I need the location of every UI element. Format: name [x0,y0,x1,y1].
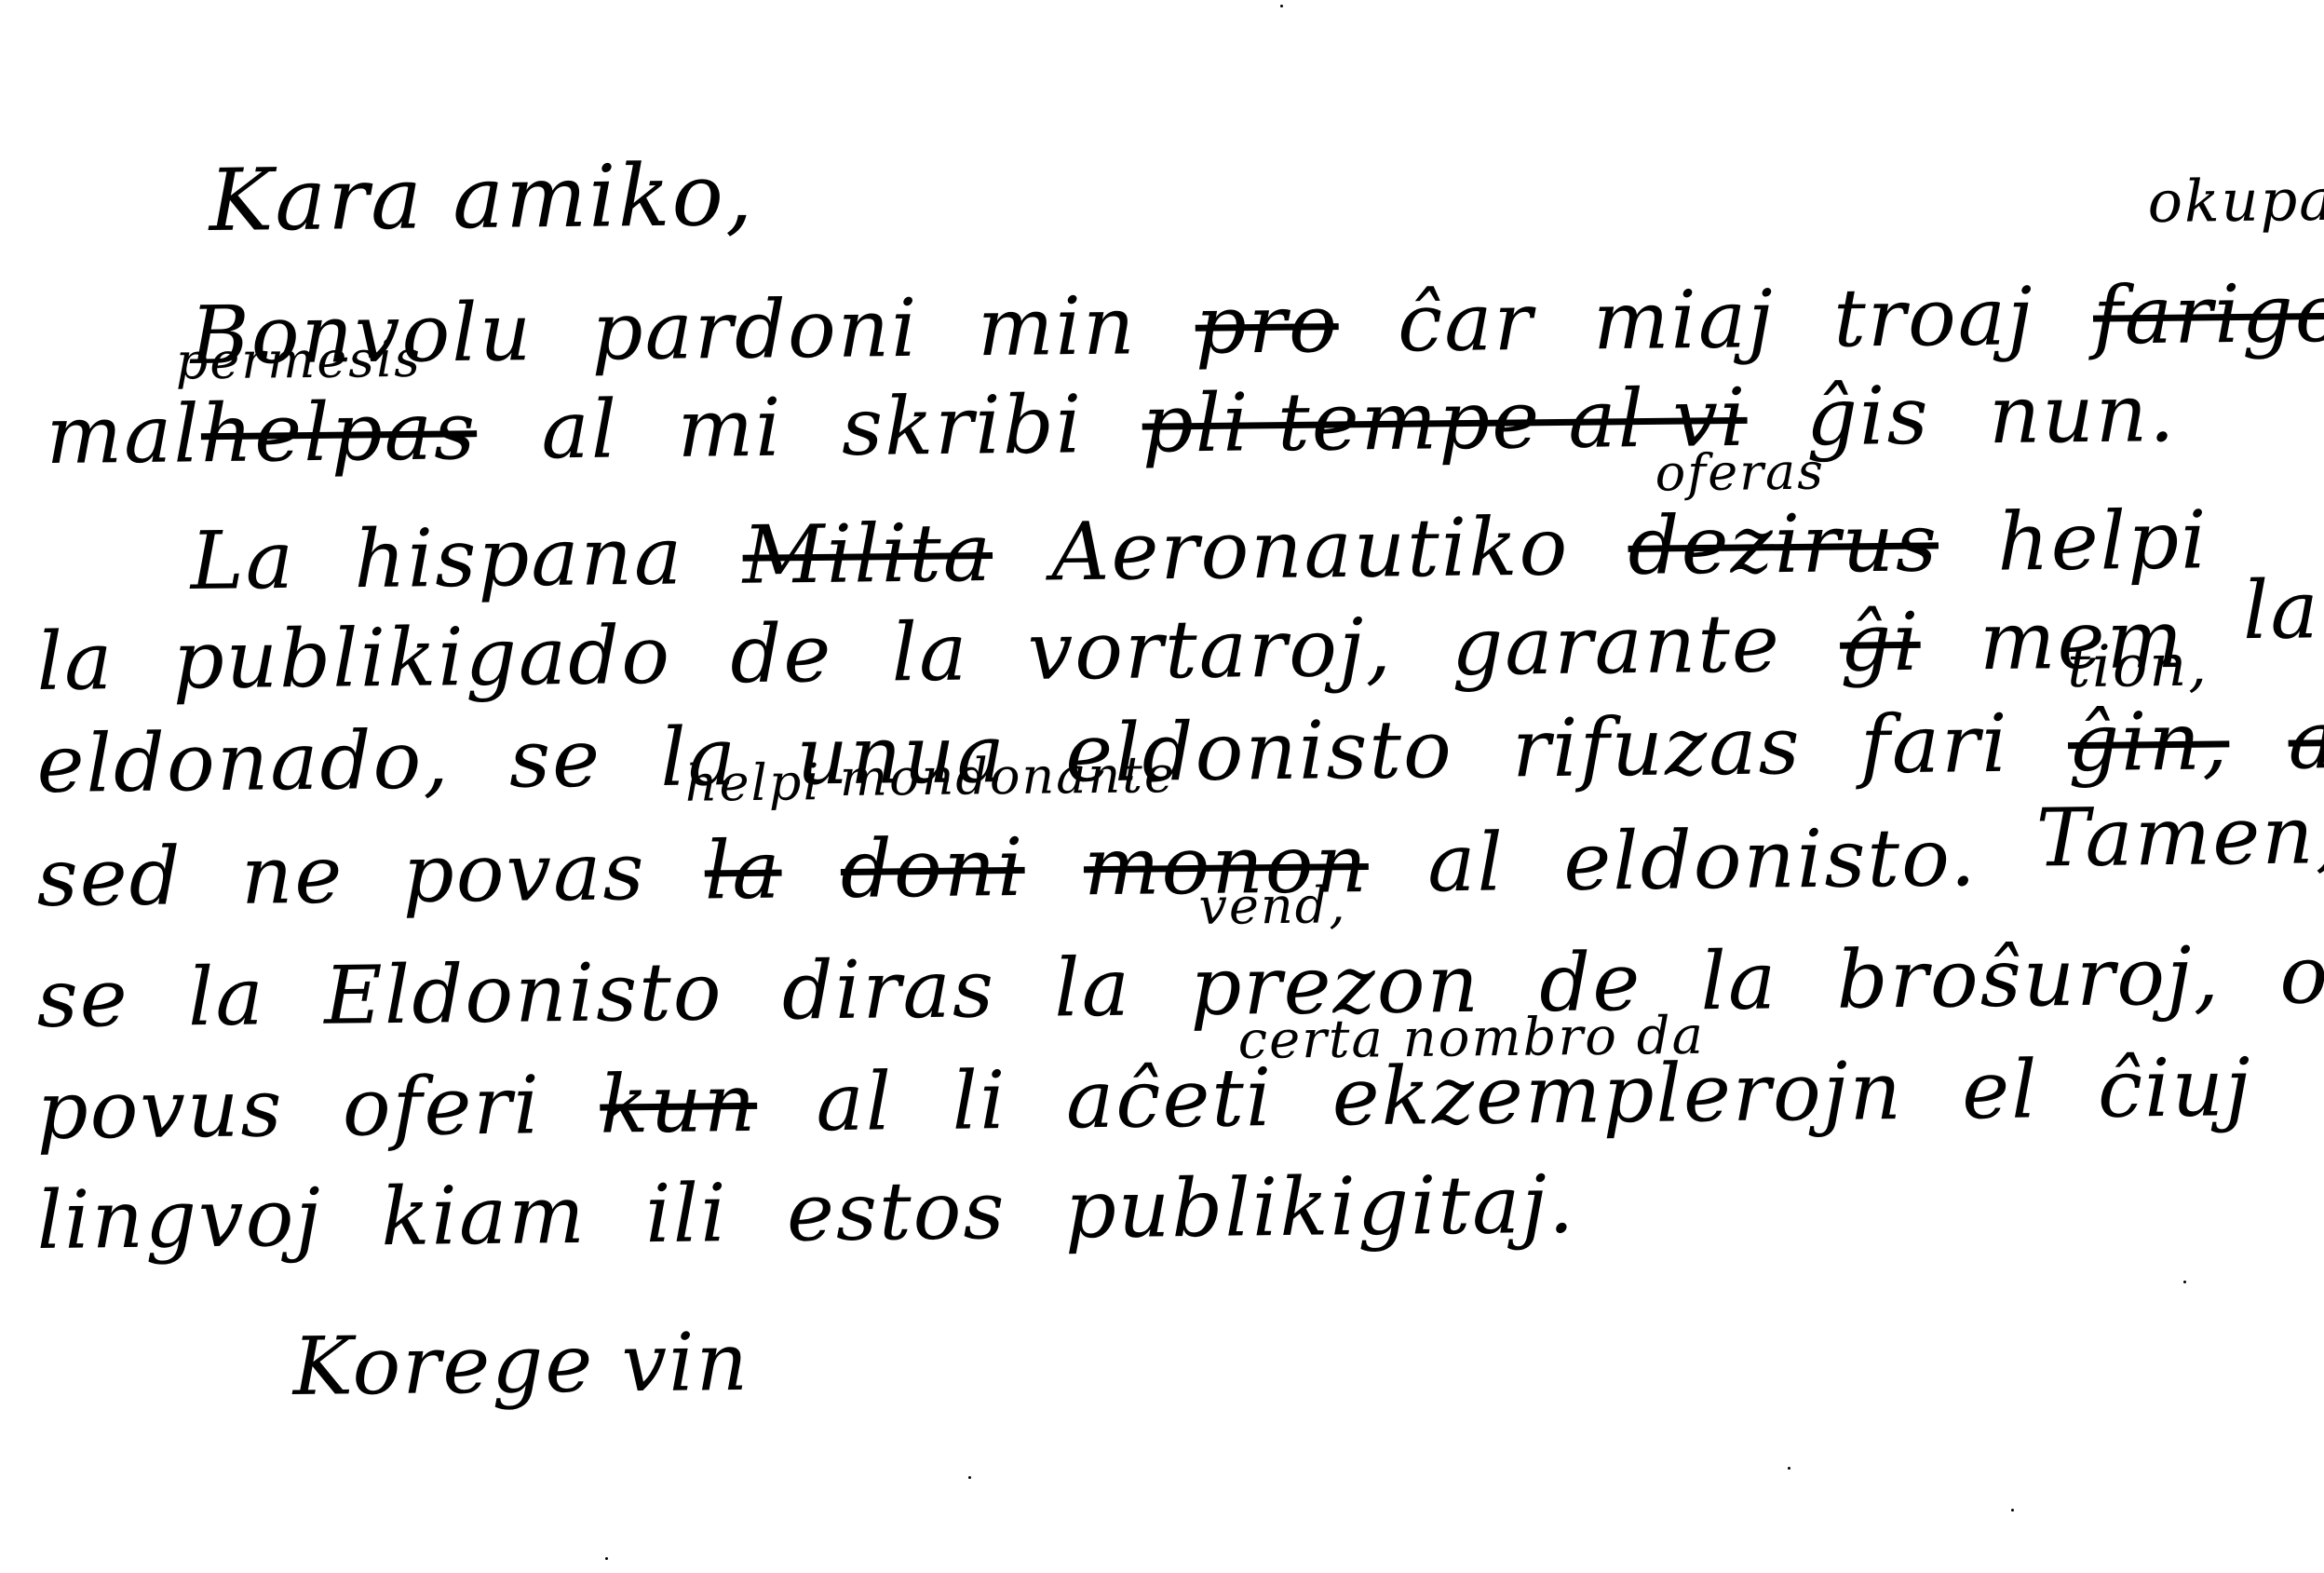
deleted-word: Milita [742,513,993,596]
deleted-word: pro [1195,284,1339,366]
word: se [508,719,601,800]
letter-line-9: lingvoj kiam ili estos publikigitaj. [36,1164,1608,1261]
word: la [891,613,969,694]
insertion: tion, [2067,637,2209,697]
deleted-word: ĝi [1840,603,1921,684]
word: La [190,521,295,602]
word: min [978,286,1137,368]
word: Eldonisto [324,952,723,1036]
word: sed [36,836,182,918]
word: ne [241,835,345,916]
deleted-word: doni [840,821,1025,916]
letter-line-8: povus oferi kun al li aĉeti ekzemplerojn… [36,1048,2284,1151]
letter-line-2: permesis malhelpas al mi skribi pli temp… [46,373,2209,476]
letter-line-3: La hispana Milita Aeronautiko oferas dez… [190,500,2240,602]
insertion: vend, [1198,880,1347,932]
deleted-fragment: helpas [200,385,477,481]
word: broŝuroj, [1836,936,2221,1020]
word: publikigitaj. [1064,1165,1575,1251]
insertion: permesis [175,334,422,387]
insertion: helpi [684,757,820,809]
deleted-word: la [704,824,782,918]
deleted-word: aŭ [2288,700,2324,781]
word: eldonado, [36,720,451,805]
word: se [36,958,129,1039]
deleted-word: farigontaj [2092,265,2324,363]
deleted-word: dezirus [1628,496,1939,592]
letter-page: Kara amiko, Bonvolu pardoni min pro ĉar … [0,0,2324,1573]
word: oni [2279,934,2324,1015]
word: ĉiuj [2097,1048,2252,1130]
word: estos [787,1171,1007,1253]
scan-speck [968,1476,971,1479]
closing-text: Korege vin [292,1322,750,1407]
word: mi [677,388,783,469]
word: hispana [354,516,684,600]
word: al [541,390,619,471]
word: pardoni [591,289,919,373]
letter-line-1: Bonvolu pardoni min pro ĉar miaj troaj o… [190,272,2324,376]
revised-word: oferas dezirus [1628,503,1939,586]
word: de [730,614,833,695]
word: diras [781,949,995,1031]
word: lingvoj [36,1178,322,1261]
word: nun. [1988,373,2176,455]
word: rifuzas [1512,706,1802,789]
deleted-word: ĝin, [2068,695,2230,790]
word: troaj [1833,277,2034,359]
word: garante [1452,603,1781,687]
letter-line-4: la publikigado de la vortaroj, garante ĝ… [36,598,2324,702]
word: ĝis [1805,376,1930,457]
insertion: okupaĵoj [2147,170,2324,231]
scan-speck [1788,1467,1790,1470]
revised-word: helpi la [704,831,782,912]
word: la [1054,948,1132,1029]
word: publikigado [172,616,671,701]
word: ĉar [1398,282,1534,364]
scan-speck [2011,1509,2014,1512]
word: miaj [1592,279,1775,361]
revised-word: mondonante doni [840,828,1025,910]
insertion: mondonante [840,750,1177,804]
word: al [1427,822,1506,903]
word: oferi [342,1065,541,1147]
scan-speck [1280,5,1283,7]
word: la [187,956,265,1037]
deleted-word: kun [600,1064,758,1146]
word: ekzemplerojn [1331,1051,1903,1137]
word: aĉeti [1066,1058,1274,1140]
word: povas [402,832,646,915]
salutation-text: Kara amiko, [209,153,754,244]
word: la [36,621,115,702]
salutation: Kara amiko, [209,153,786,244]
word: la [2243,570,2321,651]
scan-speck [2183,1281,2186,1283]
word: povus [36,1068,284,1151]
word: Aeronautiko [1051,507,1570,592]
word: vortaroj, [1027,608,1393,692]
word: el [1962,1050,2039,1131]
word: eldonisto. [1563,818,1978,902]
word: al [816,1062,894,1143]
word: helpi [1997,500,2209,582]
letter-line-6: sed ne povas helpi la mondonante doni mo… [36,814,2324,918]
word: kiam [381,1175,587,1257]
word-stem: mal [46,387,201,482]
scan-speck [605,1557,608,1560]
word: fari [1860,704,2010,786]
revised-word: tion, ĝin, [2068,701,2230,783]
letter-line-5: eldonado, se la unua eldonisto rifuzas f… [36,699,2324,805]
word: skribi [842,385,1084,468]
letter-line-7: se la Eldonisto diras la vend, prezon de… [36,934,2324,1039]
word: ili [645,1173,728,1254]
insertion: oferas [1655,447,1825,499]
word: li [952,1061,1007,1142]
closing: Korege vin [292,1322,781,1407]
word: Tamen, [2035,795,2324,878]
revised-word: permesis malhelpas [46,391,477,476]
revised-word: okupaĵoj farigontaj [2093,272,2324,357]
